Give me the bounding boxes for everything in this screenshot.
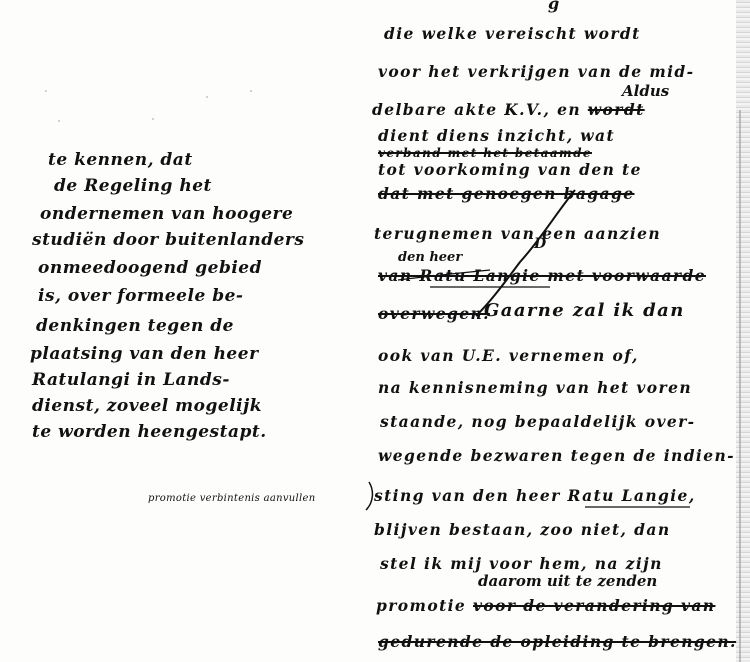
right-line-17: stel ik mij voor hem, na zijn <box>380 554 663 573</box>
right-line-5-struck: verband met het betaamde <box>378 146 592 160</box>
left-line-9: Ratulangi in Lands- <box>32 370 230 390</box>
right-line-13: staande, nog bepaaldelijk over- <box>380 412 696 431</box>
right-line-3-struck: wordt <box>588 100 645 119</box>
scan-speck <box>45 90 47 92</box>
right-line-4: dient diens inzicht, wat <box>378 126 615 145</box>
right-line-10-struck: overwegen. <box>378 304 490 323</box>
left-line-8: plaatsing van den heer <box>30 344 259 364</box>
right-line-12: na kennisneming van het voren <box>378 378 692 397</box>
right-line-8: terugnemen van een aanzien <box>374 224 661 243</box>
right-line-3: delbare akte K.V., en wordt <box>372 100 645 119</box>
top-fragment: g <box>548 0 560 13</box>
scan-speck <box>250 90 252 92</box>
manuscript-page: g te kennen, dat de Regeling het onderne… <box>0 0 750 662</box>
right-line-14: wegende bezwaren tegen de indien- <box>378 446 735 465</box>
left-line-5: onmeedoogend gebied <box>38 258 262 278</box>
left-line-6: is, over formeele be- <box>38 286 243 306</box>
left-line-11: te worden heengestapt. <box>32 422 267 442</box>
right-line-18-struck: voor de verandering van <box>473 596 715 615</box>
left-line-10: dienst, zoveel mogelijk <box>32 396 262 416</box>
right-line-2: voor het verkrijgen van de mid- <box>378 62 695 81</box>
right-line-7-struck: dat met genoegen bagage <box>378 184 634 203</box>
right-line-15: sting van den heer Ratu Langie, <box>374 486 696 505</box>
margin-annotation: promotie verbintenis aanvullen <box>148 493 316 504</box>
right-line-18: promotie voor de verandering van <box>376 596 715 615</box>
right-line-1: die welke vereischt wordt <box>384 24 641 43</box>
scan-speck <box>152 118 154 120</box>
scan-speck <box>58 120 60 122</box>
insert-daarom: daarom uit te zenden <box>478 572 657 590</box>
annotation-bracket <box>366 482 372 510</box>
left-line-7: denkingen tegen de <box>36 316 234 336</box>
insert-aldus: Aldus <box>622 82 669 100</box>
left-line-4: studiën door buitenlanders <box>32 230 304 250</box>
insertion-mark: D <box>534 236 546 252</box>
diagonal-insertion-line <box>476 190 575 316</box>
scan-edge-line <box>739 110 741 662</box>
right-line-9-struck: van Ratu Langie met voorwaarde <box>378 266 706 285</box>
right-line-10-continuation: Gaarne zal ik dan <box>484 300 685 321</box>
right-line-6: tot voorkoming van den te <box>378 160 642 179</box>
right-line-16: blijven bestaan, zoo niet, dan <box>374 520 671 539</box>
insert-den-heer: den heer <box>398 250 462 265</box>
right-line-19-struck: gedurende de opleiding te brengen. <box>378 632 737 651</box>
right-line-18-text: promotie <box>376 596 466 615</box>
left-line-3: ondernemen van hoogere <box>40 204 293 224</box>
right-line-3-text: delbare akte K.V., en <box>372 100 581 119</box>
right-line-11: ook van U.E. vernemen of, <box>378 346 639 365</box>
scan-speck <box>206 96 208 98</box>
left-line-2: de Regeling het <box>54 176 212 196</box>
left-line-1: te kennen, dat <box>48 150 193 170</box>
